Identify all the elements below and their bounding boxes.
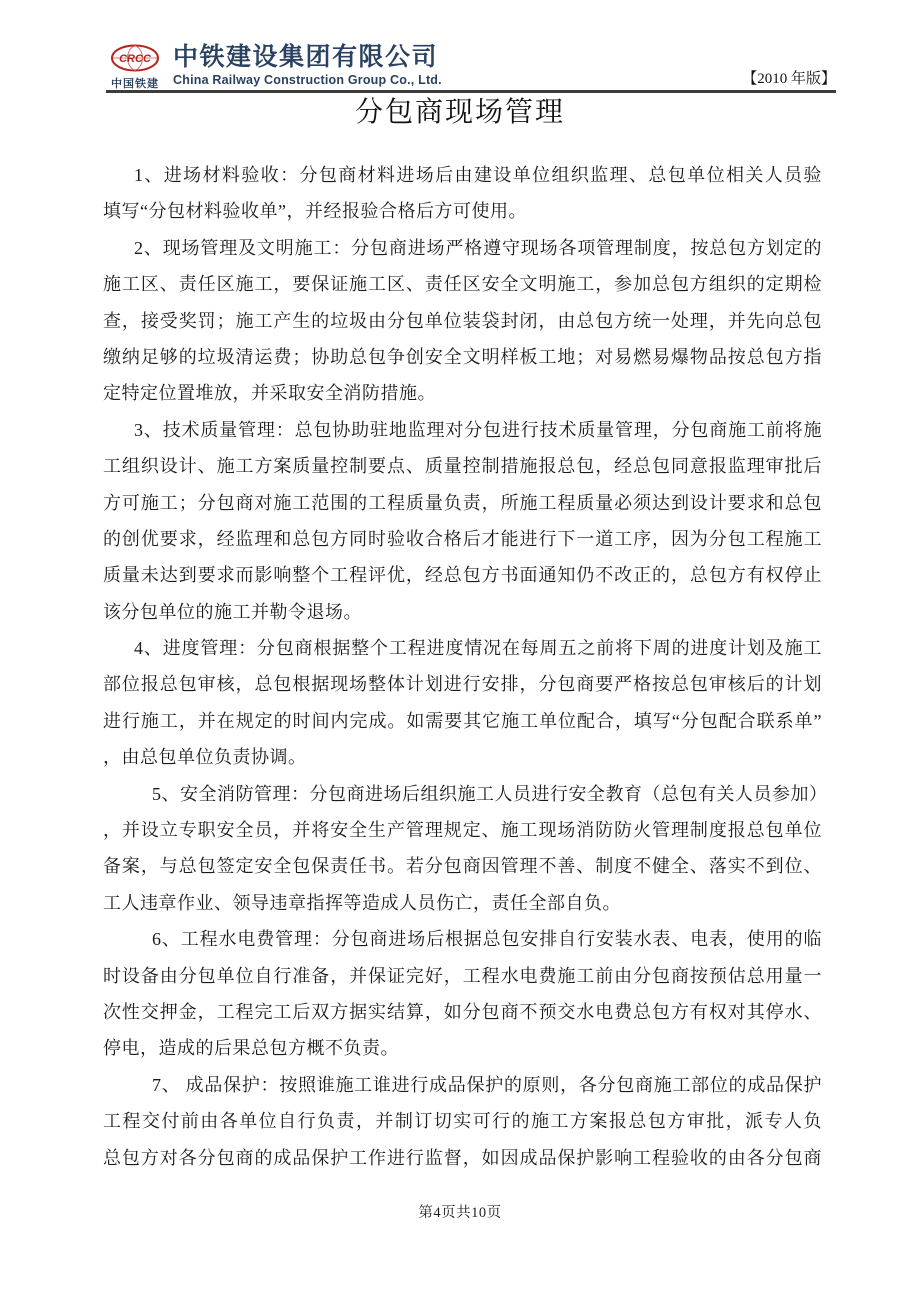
paragraph-line: 填写“分包材料验收单”，并经报验合格后方可使用。 — [103, 193, 822, 229]
paragraph-line: 缴纳足够的垃圾清运费；协助总包争创安全文明样板工地；对易燃易爆物品按总包方指 — [103, 339, 822, 375]
paragraph-line: 1、进场材料验收：分包商材料进场后由建设单位组织监理、总包单位相关人员验收， — [103, 157, 822, 193]
paragraph: 7、 成品保护：按照谁施工谁进行成品保护的原则，各分包商施工部位的成品保护工程交… — [103, 1067, 822, 1176]
paragraph-line: 工组织设计、施工方案质量控制要点、质量控制措施报总包，经总包同意报监理审批后 — [103, 448, 822, 484]
crcc-globe-icon: CRCC — [110, 44, 160, 74]
paragraph-line: 质量未达到要求而影响整个工程评优，经总包方书面通知仍不改正的，总包方有权停止 — [103, 557, 822, 593]
company-name-en: China Railway Construction Group Co., Lt… — [173, 73, 442, 87]
company-name-cn: 中铁建设集团有限公司 — [173, 44, 442, 71]
paragraph-line: 定特定位置堆放，并采取安全消防措施。 — [103, 375, 822, 411]
document-body: 1、进场材料验收：分包商材料进场后由建设单位组织监理、总包单位相关人员验收，填写… — [103, 157, 822, 1176]
paragraph-line: 5、安全消防管理：分包商进场后组织施工人员进行安全教育（总包有关人员参加） — [103, 776, 822, 812]
paragraph-line: 查，接受奖罚；施工产生的垃圾由分包单位装袋封闭，由总包方统一处理，并先向总包 — [103, 303, 822, 339]
document-page: CRCC 中国铁建 中铁建设集团有限公司 China Railway Const… — [0, 0, 920, 1303]
paragraph-line: 总包方对各分包商的成品保护工作进行监督，如因成品保护影响工程验收的由各分包商 — [103, 1140, 822, 1176]
company-logo: CRCC 中国铁建 — [106, 44, 164, 91]
paragraph-line: 该分包单位的施工并勒令退场。 — [103, 594, 822, 630]
paragraph-line: 停电，造成的后果总包方概不负责。 — [103, 1030, 822, 1066]
paragraph: 6、工程水电费管理：分包商进场后根据总包安排自行安装水表、电表，使用的临时设备由… — [103, 921, 822, 1067]
paragraph-line: 4、进度管理：分包商根据整个工程进度情况在每周五之前将下周的进度计划及施工 — [103, 630, 822, 666]
paragraph-line: 备案，与总包签定安全包保责任书。若分包商因管理不善、制度不健全、落实不到位、 — [103, 848, 822, 884]
document-title: 分包商现场管理 — [0, 95, 920, 131]
paragraph-line: 的创优要求，经监理和总包方同时验收合格后才能进行下一道工序，因为分包工程施工 — [103, 521, 822, 557]
paragraph: 5、安全消防管理：分包商进场后组织施工人员进行安全教育（总包有关人员参加），并设… — [103, 776, 822, 922]
crcc-logo-text: CRCC — [119, 53, 152, 65]
paragraph-line: 7、 成品保护：按照谁施工谁进行成品保护的原则，各分包商施工部位的成品保护 — [103, 1067, 822, 1103]
paragraph-line: 部位报总包审核，总包根据现场整体计划进行安排，分包商要严格按总包审核后的计划 — [103, 666, 822, 702]
paragraph-line: 施工区、责任区施工，要保证施工区、责任区安全文明施工，参加总包方组织的定期检 — [103, 266, 822, 302]
page-number: 第4页共10页 — [0, 1201, 920, 1222]
paragraph-line: ，由总包单位负责协调。 — [103, 739, 822, 775]
paragraph-line: 2、现场管理及文明施工：分包商进场严格遵守现场各项管理制度，按总包方划定的 — [103, 230, 822, 266]
paragraph-line: 工程交付前由各单位自行负责，并制订切实可行的施工方案报总包方审批，派专人负责， — [103, 1103, 822, 1139]
company-names: 中铁建设集团有限公司 China Railway Construction Gr… — [173, 44, 442, 87]
edition-badge: 【2010 年版】 — [742, 67, 836, 91]
paragraph-line: 次性交押金，工程完工后双方据实结算，如分包商不预交水电费总包方有权对其停水、 — [103, 994, 822, 1030]
paragraph: 3、技术质量管理：总包协助驻地监理对分包进行技术质量管理，分包商施工前将施工组织… — [103, 412, 822, 630]
paragraph: 1、进场材料验收：分包商材料进场后由建设单位组织监理、总包单位相关人员验收，填写… — [103, 157, 822, 230]
paragraph-line: 3、技术质量管理：总包协助驻地监理对分包进行技术质量管理，分包商施工前将施 — [103, 412, 822, 448]
paragraph: 4、进度管理：分包商根据整个工程进度情况在每周五之前将下周的进度计划及施工部位报… — [103, 630, 822, 776]
paragraph-line: 进行施工，并在规定的时间内完成。如需要其它施工单位配合，填写“分包配合联系单” — [103, 703, 822, 739]
paragraph-line: ，并设立专职安全员，并将安全生产管理规定、施工现场消防防火管理制度报总包单位 — [103, 812, 822, 848]
paragraph-line: 方可施工；分包商对施工范围的工程质量负责，所施工程质量必须达到设计要求和总包 — [103, 485, 822, 521]
paragraph-line: 时设备由分包单位自行准备，并保证完好，工程水电费施工前由分包商按预估总用量一 — [103, 958, 822, 994]
document-header: CRCC 中国铁建 中铁建设集团有限公司 China Railway Const… — [106, 44, 836, 91]
paragraph-line: 工人违章作业、领导违章指挥等造成人员伤亡，责任全部自负。 — [103, 885, 822, 921]
header-divider — [106, 90, 836, 93]
paragraph-line: 6、工程水电费管理：分包商进场后根据总包安排自行安装水表、电表，使用的临 — [103, 921, 822, 957]
paragraph: 2、现场管理及文明施工：分包商进场严格遵守现场各项管理制度，按总包方划定的施工区… — [103, 230, 822, 412]
logo-caption: 中国铁建 — [111, 75, 159, 91]
